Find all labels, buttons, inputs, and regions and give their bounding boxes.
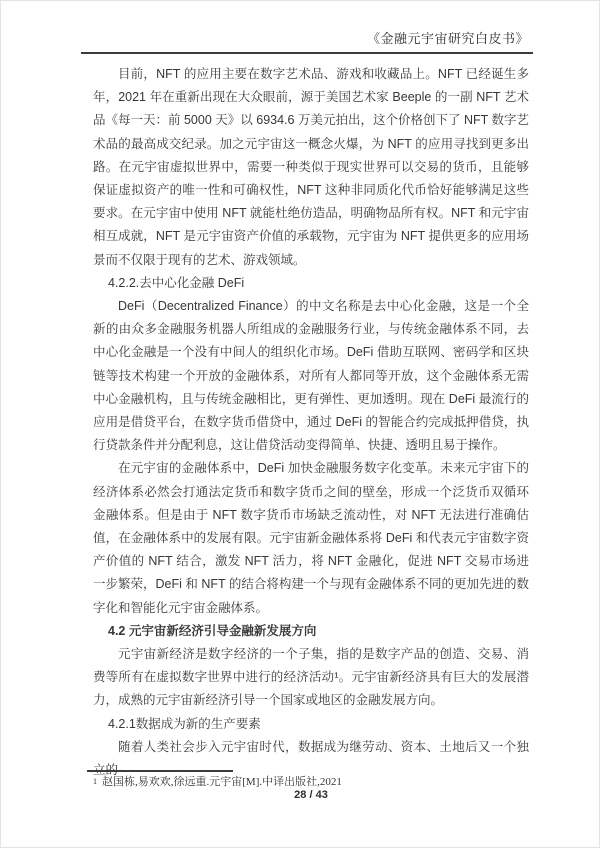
paragraph-defi-metaverse-finance: 在元宇宙的金融体系中，DeFi 加快金融服务数字化变革。未来元宇宙下的经济体系必…	[93, 457, 529, 619]
footnote-marker: 1	[93, 777, 97, 786]
document-title: 《金融元宇宙研究白皮书》	[367, 31, 529, 46]
document-page: 《金融元宇宙研究白皮书》 目前，NFT 的应用主要在数字艺术品、游戏和收藏品上。…	[0, 0, 600, 848]
running-header: 《金融元宇宙研究白皮书》	[367, 28, 529, 47]
heading-4-2-1-data-production-factor: 4.2.1数据成为新的生产要素	[93, 713, 529, 736]
page-number: 28 / 43	[93, 789, 529, 801]
paragraph-nft-applications: 目前，NFT 的应用主要在数字艺术品、游戏和收藏品上。NFT 已经诞生多年，20…	[93, 63, 529, 272]
footnote-separator	[87, 770, 233, 772]
paragraph-new-economy: 元宇宙新经济是数字经济的一个子集，指的是数字产品的创造、交易、消费等所有在虚拟数…	[93, 643, 529, 713]
footnote-text: 赵国栋,易欢欢,徐远重.元宇宙[M].中译出版社,2021	[102, 776, 342, 788]
header-rule	[81, 52, 533, 54]
paragraph-defi-intro: DeFi（Decentralized Finance）的中文名称是去中心化金融，…	[93, 295, 529, 457]
heading-4-2-new-economy: 4.2 元宇宙新经济引导金融新发展方向	[93, 620, 529, 643]
heading-4-2-2-defi: 4.2.2.去中心化金融 DeFi	[93, 272, 529, 295]
footnote: 1赵国栋,易欢欢,徐远重.元宇宙[M].中译出版社,2021	[93, 775, 529, 789]
document-body: 目前，NFT 的应用主要在数字艺术品、游戏和收藏品上。NFT 已经诞生多年，20…	[93, 63, 529, 782]
